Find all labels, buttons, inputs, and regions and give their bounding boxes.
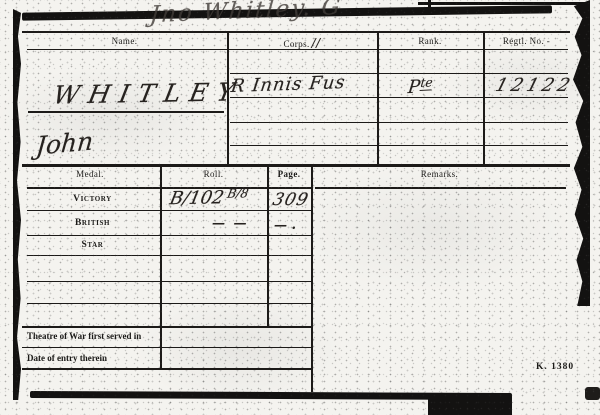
- victory-roll-value: B/102B/8: [168, 186, 250, 209]
- rule-header-top: [22, 31, 570, 33]
- british-page-ditto: — .: [274, 218, 296, 233]
- rule-theatre-underline: [22, 347, 312, 348]
- roll-column-header: Roll.: [160, 169, 267, 179]
- rule-date-underline: [22, 368, 312, 370]
- rule-top-section-bottom: [22, 164, 570, 167]
- theatre-of-war-value: [165, 330, 305, 345]
- form-reference: K. 1380: [536, 362, 586, 372]
- victory-page-value: 309: [271, 190, 311, 210]
- rule-corps-row-4: [230, 145, 568, 146]
- divider-page-remarks: [311, 164, 313, 392]
- scan-border-right: [573, 0, 590, 306]
- corps-header-label: Corps.: [283, 39, 309, 49]
- rule-corps-row-2: [230, 97, 568, 98]
- corps-header-pen-mark: //: [312, 36, 321, 50]
- medal-row-star-label: Star: [25, 240, 160, 250]
- rank-value-superscript: te: [420, 75, 434, 91]
- name-column-header: Name.: [22, 36, 227, 46]
- rule-surname-underline: [28, 111, 224, 113]
- divider-corps-rank: [377, 31, 379, 164]
- forename-value: John: [35, 126, 95, 160]
- page-column-header: Page.: [267, 169, 311, 179]
- scan-border-bottom-block: [428, 395, 512, 415]
- scan-border-left: [13, 9, 21, 400]
- remarks-column-header: Remarks.: [311, 169, 568, 179]
- date-of-entry-value: [165, 352, 305, 367]
- british-roll-ditto: — —: [212, 216, 249, 231]
- divider-roll-page: [267, 164, 269, 326]
- regtl-no-value: 12122: [493, 75, 576, 96]
- scan-border-top-tick: [428, 0, 431, 11]
- rank-value: Pte: [407, 75, 434, 98]
- rule-remarks-underline: [315, 187, 566, 189]
- theatre-of-war-label: Theatre of War first served in: [27, 331, 162, 341]
- surname-value: WHITLEY: [51, 77, 246, 109]
- medal-column-header: Medal.: [25, 169, 155, 179]
- victory-roll-superscript: B/8: [226, 186, 250, 200]
- regtl-no-column-header: Regtl. No. -: [483, 36, 570, 46]
- corps-column-header: Corps.//: [227, 36, 377, 50]
- scan-border-bottom-right-smudge: [585, 387, 600, 400]
- rule-corps-row-3: [230, 122, 568, 123]
- medal-index-card-scan: Jno Whitley. G Name. Corps.// Rank. Regt…: [0, 0, 600, 415]
- medal-row-british-label: British: [25, 218, 160, 228]
- scan-border-top-thin: [418, 2, 588, 5]
- top-annotation-handwriting: Jno Whitley. G: [149, 0, 343, 28]
- date-of-entry-label: Date of entry therein: [27, 353, 162, 363]
- medal-row-victory-label: Victory: [25, 194, 160, 204]
- divider-rank-regtl: [483, 31, 485, 164]
- rule-medal-table-bottom: [22, 326, 312, 328]
- corps-value: R Innis Fus: [230, 72, 347, 97]
- rank-column-header: Rank.: [377, 36, 483, 46]
- remarks-value-area: [315, 192, 565, 322]
- victory-roll-main: B/102: [168, 187, 226, 209]
